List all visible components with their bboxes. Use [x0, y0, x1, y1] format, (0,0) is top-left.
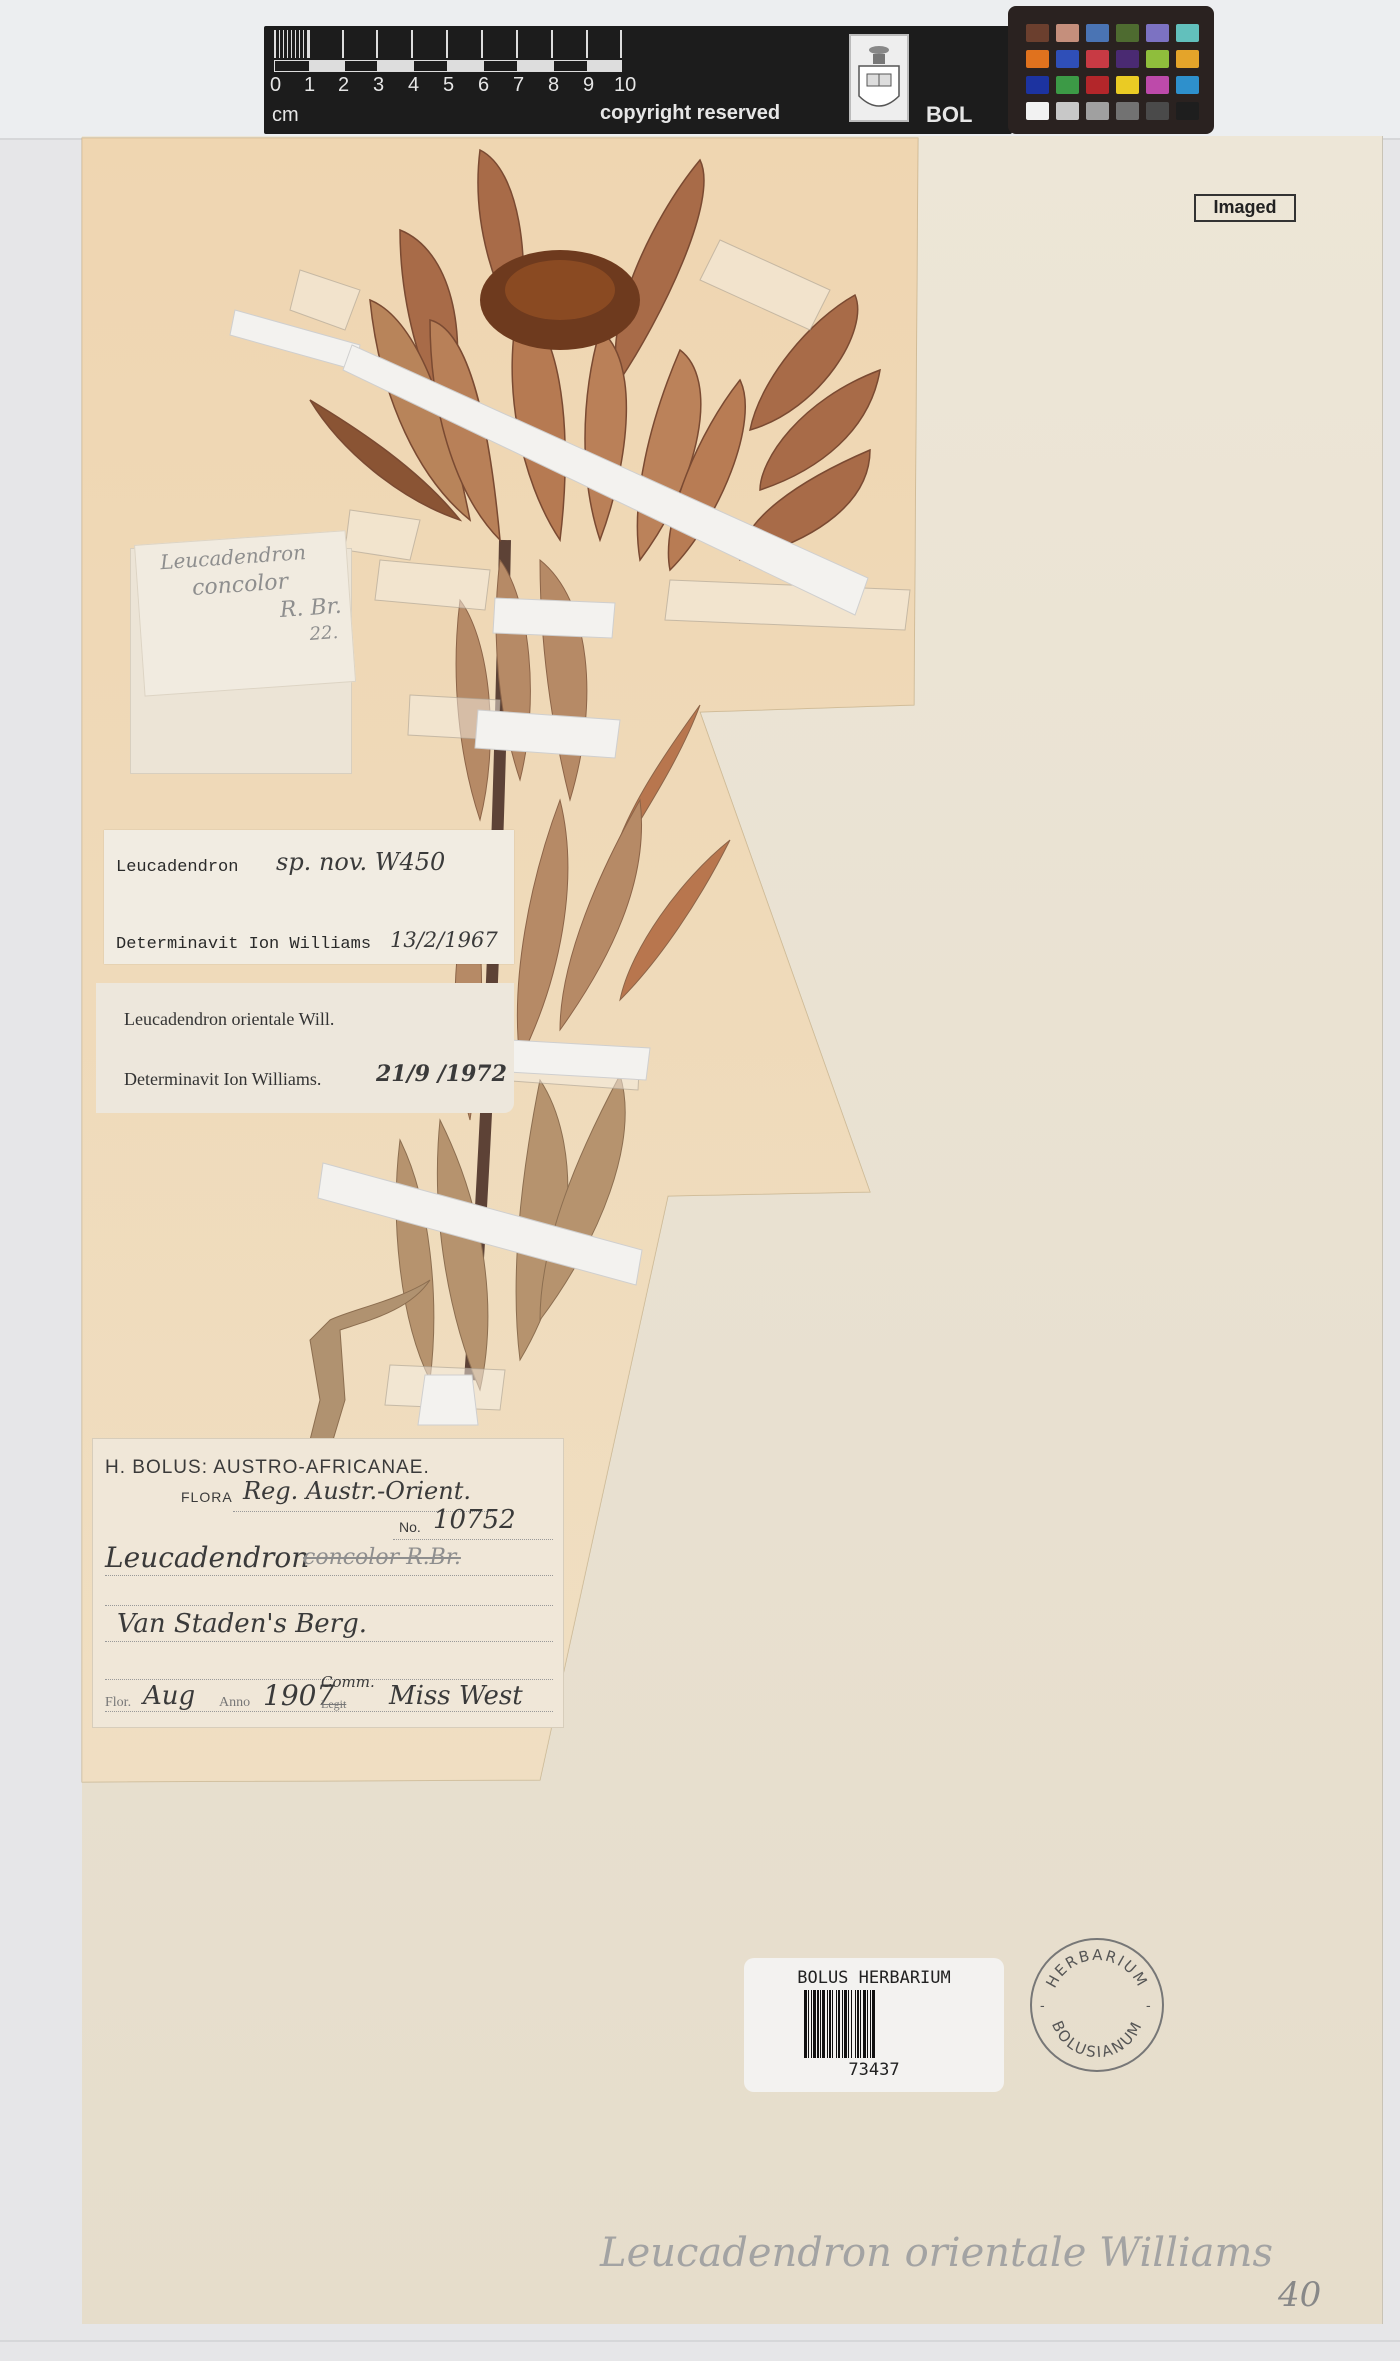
collector-name: Miss West — [389, 1681, 523, 1711]
flora-value: Reg. Austr.-Orient. — [243, 1477, 471, 1505]
barcode-title: BOLUS HERBARIUM — [744, 1968, 1004, 1988]
university-crest-icon — [849, 34, 909, 122]
color-checker-card — [1008, 6, 1214, 134]
ruler-number: 2 — [338, 74, 349, 97]
ruler-unit: cm — [272, 104, 299, 127]
color-swatch — [1056, 76, 1079, 94]
color-swatch — [1026, 24, 1049, 42]
svg-text:-: - — [1146, 1997, 1151, 2013]
color-swatch — [1026, 76, 1049, 94]
bottom-pencil-annotation: Leucadendron orientale Williams — [600, 2230, 1273, 2276]
flor-label: Flor. — [105, 1695, 131, 1711]
color-swatch — [1146, 24, 1169, 42]
collection-label: H. BOLUS: AUSTRO-AFRICANAE. FLORA Reg. A… — [92, 1438, 564, 1728]
envelope-note-line: 22. — [309, 622, 339, 645]
color-swatch — [1116, 102, 1139, 120]
flowering-month: Aug — [143, 1681, 195, 1711]
ruler-number: 5 — [443, 74, 454, 97]
det2-name: Leucadendron orientale Will. — [124, 1009, 334, 1030]
sheet-number: 40 — [1278, 2275, 1321, 2315]
determination-slip-2: Leucadendron orientale Will. Determinavi… — [96, 983, 514, 1113]
collection-number: 10752 — [433, 1505, 516, 1535]
svg-text:-: - — [1040, 1997, 1045, 2013]
color-swatch — [1086, 24, 1109, 42]
ruler-number: 8 — [548, 74, 559, 97]
color-swatch — [1026, 102, 1049, 120]
color-swatch — [1116, 50, 1139, 68]
comm-label: Comm. — [321, 1673, 375, 1691]
ruler-number: 1 — [304, 74, 315, 97]
color-swatch — [1176, 76, 1199, 94]
institution-code: BOL — [926, 102, 972, 128]
color-swatch — [1056, 102, 1079, 120]
color-swatch — [1056, 24, 1079, 42]
ruler-number: 7 — [513, 74, 524, 97]
number-label: No. — [399, 1519, 421, 1535]
barcode-label: BOLUS HERBARIUM 73437 — [744, 1958, 1004, 2092]
color-swatch — [1116, 76, 1139, 94]
ruler-number: 9 — [583, 74, 594, 97]
envelope-flap-note: Leucadendron concolor R. Br. 22. — [134, 530, 356, 696]
color-swatch — [1146, 50, 1169, 68]
barcode-number: 73437 — [744, 2060, 1004, 2080]
ruler-number: 0 — [270, 74, 281, 97]
ruler-number: 4 — [408, 74, 419, 97]
legit-struck: Legit — [321, 1697, 346, 1712]
herbarium-bolusianum-stamp: HERBARIUM BOLUSIANUM - - — [1030, 1938, 1164, 2072]
imaged-stamp: Imaged — [1194, 194, 1296, 222]
locality: Van Staden's Berg. — [117, 1609, 367, 1639]
det1-determiner: Determinavit Ion Williams — [116, 935, 371, 954]
color-swatch — [1086, 50, 1109, 68]
ruler-number: 10 — [614, 74, 636, 97]
det2-date: 21/9 /1972 — [376, 1061, 507, 1087]
color-swatch — [1086, 102, 1109, 120]
scanner-edge-line — [0, 2340, 1400, 2342]
barcode-icon — [804, 1990, 944, 2058]
det1-date: 13/2/1967 — [390, 928, 498, 952]
ruler-scale-bar — [274, 30, 626, 74]
envelope-note-line: concolor — [191, 569, 289, 601]
det1-genus: Leucadendron — [116, 858, 238, 877]
determination-slip-1: Leucadendron sp. nov. W450 Determinavit … — [104, 830, 514, 964]
copyright-text: copyright reserved — [600, 102, 780, 125]
taxon-struck: concolor R.Br. — [303, 1545, 461, 1570]
envelope-note-line: R. Br. — [279, 594, 342, 623]
det2-determiner: Determinavit Ion Williams. — [124, 1069, 321, 1090]
color-swatch — [1146, 76, 1169, 94]
ruler-number: 6 — [478, 74, 489, 97]
flora-label: FLORA — [181, 1489, 233, 1505]
det1-species-handwritten: sp. nov. W450 — [276, 848, 445, 876]
color-swatch — [1116, 24, 1139, 42]
color-swatch — [1056, 50, 1079, 68]
color-swatch — [1176, 102, 1199, 120]
svg-text:BOLUSIANUM: BOLUSIANUM — [1048, 2018, 1146, 2062]
color-swatch — [1176, 24, 1199, 42]
color-swatch — [1176, 50, 1199, 68]
color-swatch — [1026, 50, 1049, 68]
herbarium-sheet — [82, 136, 1383, 2324]
svg-text:HERBARIUM: HERBARIUM — [1042, 1946, 1151, 1991]
color-swatch — [1086, 76, 1109, 94]
ruler-number: 3 — [373, 74, 384, 97]
anno-label: Anno — [219, 1695, 250, 1711]
scale-ruler: 0 1 2 3 4 5 6 7 8 9 10 cm copyright rese… — [264, 26, 1012, 134]
label-header: H. BOLUS: AUSTRO-AFRICANAE. — [105, 1457, 430, 1479]
color-swatch — [1146, 102, 1169, 120]
taxon-name: Leucadendron — [105, 1541, 309, 1574]
